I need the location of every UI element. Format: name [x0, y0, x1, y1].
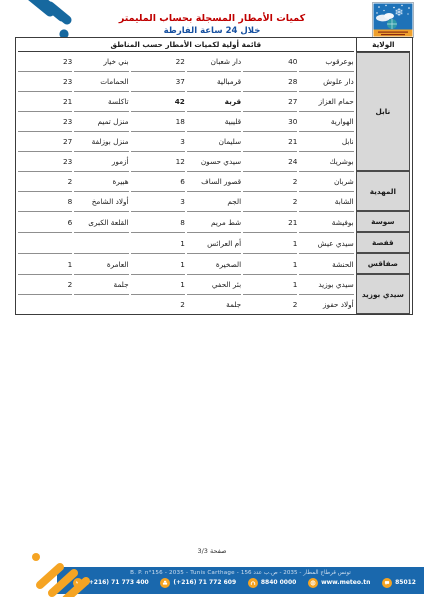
rain-value: 3: [131, 131, 185, 151]
region-name: منزل بوزلفة: [74, 131, 128, 151]
report-page: كميات الأمطار المسجلة بحساب المليمتر خلا…: [0, 0, 424, 600]
region-name: قربة: [187, 91, 241, 111]
table-row: المهدية شربان 2 قصور الساف 6 هبيرة 2: [18, 171, 410, 191]
governorate-cell: نابل: [356, 52, 410, 171]
rain-value: 1: [131, 274, 185, 294]
governorate-column-header: الولاية: [356, 38, 410, 52]
rain-value: 2: [243, 294, 297, 314]
logo-band: [374, 30, 413, 37]
governorate-cell: سيدي بوزيد: [356, 274, 410, 314]
footer-fax: (+216) 71 772 609: [160, 578, 236, 588]
rain-value: [18, 294, 72, 314]
table-section-header: قائمة أولية لكميات الأمطار حسب المناطق: [18, 38, 354, 52]
region-name: الشابة: [299, 191, 353, 211]
region-name: تاكلسة: [74, 91, 128, 111]
region-name: سيدي بوزيد: [299, 274, 353, 294]
region-name: [74, 294, 128, 314]
report-title: كميات الأمطار المسجلة بحساب المليمتر: [84, 13, 340, 24]
region-name: الصخيرة: [187, 253, 241, 274]
table-header-row: الولاية قائمة أولية لكميات الأمطار حسب ا…: [18, 38, 410, 52]
snowflake-icon: ❄: [394, 6, 403, 19]
region-name: سليمان: [187, 131, 241, 151]
region-name: أولاد حفوز: [299, 294, 353, 314]
rain-value: 40: [243, 52, 297, 71]
table-row: حمام الغزاز 27 قربة 42 تاكلسة 21: [18, 91, 410, 111]
table-row: صفاقس الحنشة 1 الصخيرة 1 العامرة 1: [18, 253, 410, 274]
region-name: بئر الحفي: [187, 274, 241, 294]
governorate-cell: قفصة: [356, 232, 410, 253]
region-name: نابل: [299, 131, 353, 151]
table-row: بوشريك 24 سيدي حسون 12 أزمور 23: [18, 151, 410, 171]
region-name: بوشريك: [299, 151, 353, 171]
rainfall-table-frame: الولاية قائمة أولية لكميات الأمطار حسب ا…: [15, 37, 413, 315]
footer-website: www.meteo.tn: [308, 578, 370, 588]
table-row: قفصة سيدي عيش 1 أم العرائس 1: [18, 232, 410, 253]
region-name: حمام الغزاز: [299, 91, 353, 111]
region-name: جلمة: [187, 294, 241, 314]
table-row: دار علوش 28 قرمبالية 37 الحمامات 23: [18, 71, 410, 91]
region-name: القلعة الكبرى: [74, 211, 128, 232]
table-row: أولاد حفوز 2 جلمة 2: [18, 294, 410, 314]
rain-value: 23: [18, 71, 72, 91]
region-name: بوعرقوب: [299, 52, 353, 71]
report-title-block: كميات الأمطار المسجلة بحساب المليمتر خلا…: [84, 13, 340, 36]
region-name: سيدي حسون: [187, 151, 241, 171]
rain-value: 3: [131, 191, 185, 211]
fax-number: (+216) 71 772 609: [173, 579, 236, 586]
rain-value: 1: [18, 253, 72, 274]
footer-comet-logo: [26, 551, 98, 597]
sms-icon: [382, 578, 392, 588]
rain-value: 1: [131, 253, 185, 274]
region-name: أزمور: [74, 151, 128, 171]
table-row: سيدي بوزيد سيدي بوزيد 1 بئر الحفي 1 جلمة…: [18, 274, 410, 294]
region-name: دار شعبان: [187, 52, 241, 71]
table-row: نابل بوعرقوب 40 دار شعبان 22 بني خيار 23: [18, 52, 410, 71]
rain-value: 2: [131, 294, 185, 314]
region-name: جلمة: [74, 274, 128, 294]
callcenter-number: 8840 0000: [261, 579, 297, 586]
call-center-icon: [248, 578, 258, 588]
globe-icon: [308, 578, 318, 588]
rain-value: 24: [243, 151, 297, 171]
region-name: قصور الساف: [187, 171, 241, 191]
governorate-cell: صفاقس: [356, 253, 410, 274]
region-name: أم العرائس: [187, 232, 241, 253]
rain-value: 30: [243, 111, 297, 131]
rain-value: 18: [131, 111, 185, 131]
rain-value: 42: [131, 91, 185, 111]
region-name: قرمبالية: [187, 71, 241, 91]
region-name: [74, 232, 128, 253]
region-name: الجم: [187, 191, 241, 211]
rain-value: 22: [131, 52, 185, 71]
rain-value: 27: [18, 131, 72, 151]
rain-value: 21: [243, 211, 297, 232]
rain-value: 6: [131, 171, 185, 191]
governorate-cell: المهدية: [356, 171, 410, 211]
footer-sms: 85012: [382, 578, 416, 588]
region-name: الحنشة: [299, 253, 353, 274]
report-subtitle: خلال 24 ساعة الفارطة: [84, 26, 340, 36]
rain-value: 37: [131, 71, 185, 91]
rain-value: 8: [131, 211, 185, 232]
table-row: نابل 21 سليمان 3 منزل بوزلفة 27: [18, 131, 410, 151]
footer-bar: B. P. n°156 - 2035 - Tunis Carthage - تو…: [57, 567, 424, 594]
rain-value: 1: [243, 274, 297, 294]
rain-value: 28: [243, 71, 297, 91]
rain-value: 12: [131, 151, 185, 171]
region-name: هبيرة: [74, 171, 128, 191]
rain-value: 6: [18, 211, 72, 232]
inm-institute-logo: ❄: [372, 2, 414, 38]
rain-value: 21: [18, 91, 72, 111]
table-row: الشابة 2 الجم 3 أولاد الشامخ 8: [18, 191, 410, 211]
region-name: شربان: [299, 171, 353, 191]
sms-number: 85012: [395, 579, 416, 586]
rain-value: 2: [243, 171, 297, 191]
region-name: دار علوش: [299, 71, 353, 91]
footer-contacts: (+216) 71 773 400 (+216) 71 772 609 8840…: [57, 576, 424, 588]
table-row: سوسة بوفيشة 21 شط مريم 8 القلعة الكبرى 6: [18, 211, 410, 232]
region-name: العامرة: [74, 253, 128, 274]
rain-value: [18, 232, 72, 253]
region-name: أولاد الشامخ: [74, 191, 128, 211]
footer-callcenter: 8840 0000: [248, 578, 297, 588]
region-name: سيدي عيش: [299, 232, 353, 253]
rain-value: 1: [131, 232, 185, 253]
region-name: الهوارية: [299, 111, 353, 131]
region-name: بني خيار: [74, 52, 128, 71]
rainfall-table: الولاية قائمة أولية لكميات الأمطار حسب ا…: [16, 38, 412, 314]
rain-value: 27: [243, 91, 297, 111]
rain-value: 2: [18, 171, 72, 191]
rain-value: 1: [243, 253, 297, 274]
rain-value: 1: [243, 232, 297, 253]
region-name: منزل تميم: [74, 111, 128, 131]
rain-value: 23: [18, 52, 72, 71]
rain-value: 2: [18, 274, 72, 294]
rain-value: 2: [243, 191, 297, 211]
table-row: الهوارية 30 قليبية 18 منزل تميم 23: [18, 111, 410, 131]
region-name: شط مريم: [187, 211, 241, 232]
region-name: بوفيشة: [299, 211, 353, 232]
website-url: www.meteo.tn: [321, 579, 370, 586]
region-name: قليبية: [187, 111, 241, 131]
rain-value: 23: [18, 111, 72, 131]
rain-value: 8: [18, 191, 72, 211]
region-name: الحمامات: [74, 71, 128, 91]
rain-value: 23: [18, 151, 72, 171]
rain-value: 21: [243, 131, 297, 151]
fax-icon: [160, 578, 170, 588]
governorate-cell: سوسة: [356, 211, 410, 232]
